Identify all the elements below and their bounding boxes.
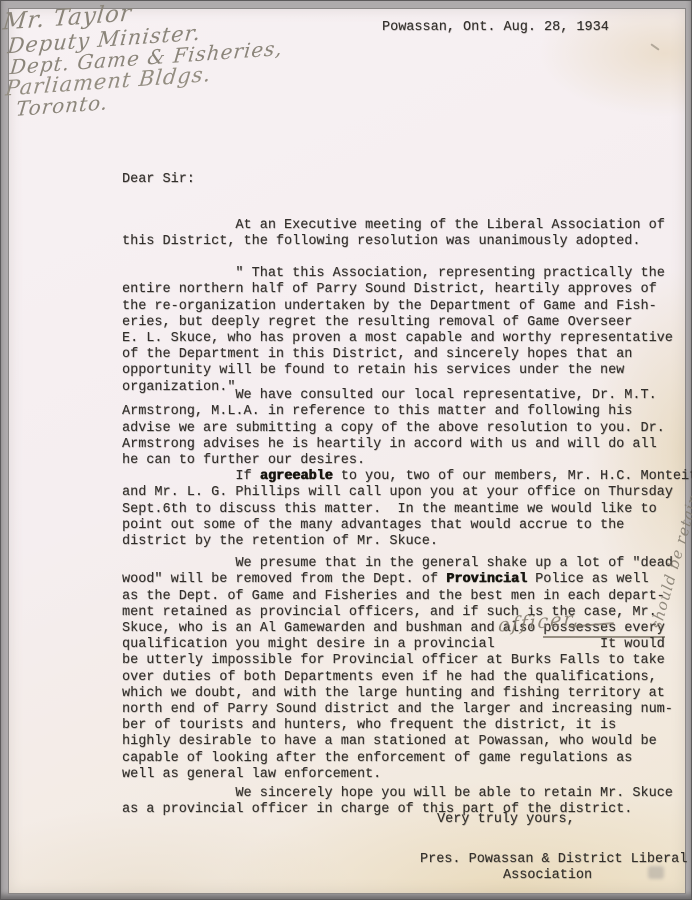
ink-smudge bbox=[648, 866, 664, 879]
paragraph-text: If bbox=[154, 469, 259, 484]
paragraph-closing-hope: We sincerely hope you will be able to re… bbox=[122, 770, 673, 835]
salutation: Dear Sir: bbox=[122, 172, 195, 188]
signature-line-1: Pres. Powassan & District Liberal bbox=[420, 852, 687, 868]
paragraph-text: qualification you might desire in a prov… bbox=[122, 637, 673, 782]
paragraph-deadwood: We presume that in the general shake up … bbox=[122, 540, 673, 799]
scanned-letter-photo: Powassan, Ont. Aug. 28, 1934 Mr. Taylor … bbox=[0, 0, 692, 900]
address-line-city: Toronto. bbox=[15, 90, 110, 121]
paragraph-text: We sincerely hope you will be able to re… bbox=[122, 786, 673, 817]
signature-line-2: Association bbox=[503, 868, 592, 884]
date-line: Powassan, Ont. Aug. 28, 1934 bbox=[382, 20, 609, 36]
handwritten-address-block: Mr. Taylor Deputy Minister. Dept. Game &… bbox=[0, 0, 284, 130]
overtyped-word-agreeable: agreeable bbox=[260, 469, 333, 484]
complimentary-close: Very truly yours, bbox=[437, 812, 575, 828]
paragraph-text: At an Executive meeting of the Liberal A… bbox=[122, 218, 665, 249]
overtyped-word-provincial: Provincial bbox=[446, 572, 527, 587]
